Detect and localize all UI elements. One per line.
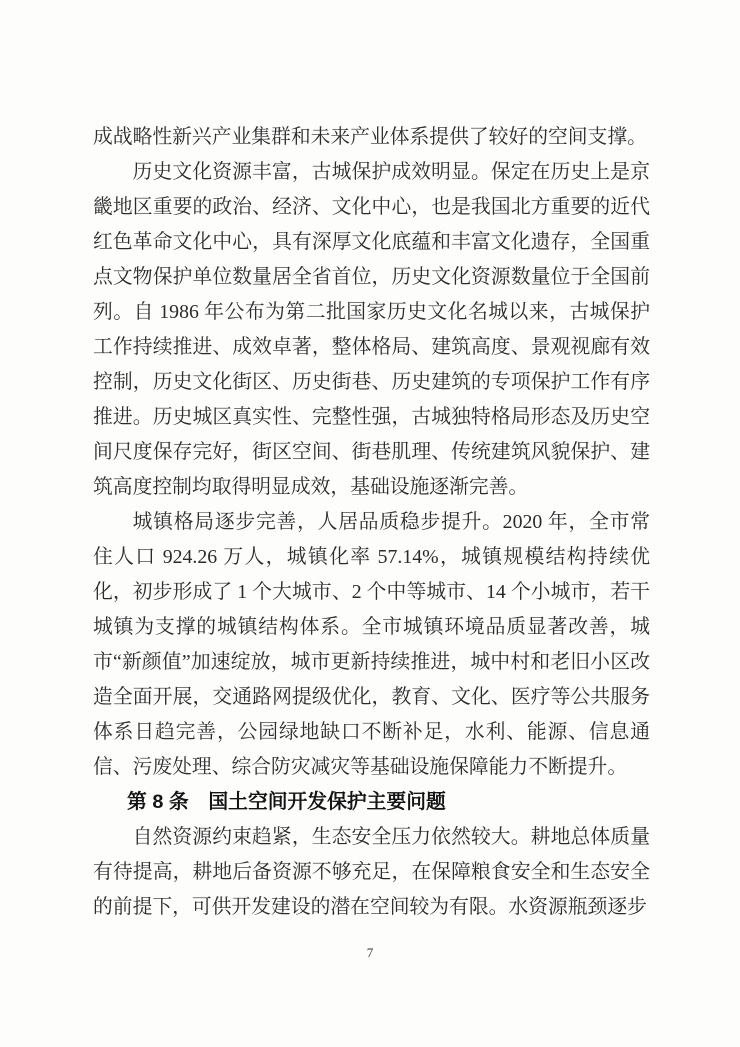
- article-8-heading: 第 8 条 国土空间开发保护主要问题: [93, 785, 650, 820]
- document-page: 成战略性新兴产业集群和未来产业体系提供了较好的空间支撑。 历史文化资源丰富，古城…: [0, 0, 740, 1047]
- page-number: 7: [0, 944, 740, 962]
- document-content: 成战略性新兴产业集群和未来产业体系提供了较好的空间支撑。 历史文化资源丰富，古城…: [93, 120, 650, 925]
- paragraph-urban-pattern: 城镇格局逐步完善，人居品质稳步提升。2020 年，全市常住人口 924.26 万…: [93, 505, 650, 785]
- paragraph-continuation: 成战略性新兴产业集群和未来产业体系提供了较好的空间支撑。: [93, 120, 650, 155]
- paragraph-problems: 自然资源约束趋紧，生态安全压力依然较大。耕地总体质量有待提高，耕地后备资源不够充…: [93, 820, 650, 925]
- paragraph-history-culture: 历史文化资源丰富，古城保护成效明显。保定在历史上是京畿地区重要的政治、经济、文化…: [93, 155, 650, 505]
